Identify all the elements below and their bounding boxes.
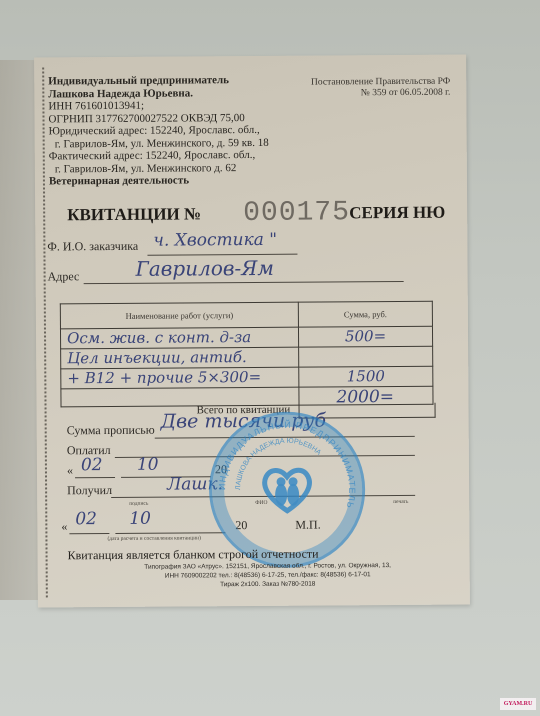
table-row: Осм. жив. с конт. д-за 500= <box>60 326 432 349</box>
issuer-block: Индивидуальный предприниматель Лашкова Н… <box>48 74 269 188</box>
signature-caption: подпись <box>129 501 148 507</box>
address-label: Адрес <box>48 269 80 284</box>
paid-day-line <box>75 477 115 478</box>
received-label: Получил <box>67 483 112 498</box>
actual-address-line-2: г. Гаврилов-Ям, ул. Менжинского д. 62 <box>49 161 269 175</box>
decree-line-2: № 359 от 06.05.2008 г. <box>311 88 450 100</box>
date2-quote: « <box>61 519 67 534</box>
round-stamp: ИНДИВИДУАЛЬНЫЙ ПРЕДПРИНИМАТЕЛЬ ЛАШКОВА Н… <box>209 411 366 568</box>
paid-month: 10 <box>137 455 159 475</box>
perforation-line <box>42 67 48 597</box>
receipt-title-row: КВИТАНЦИИ № 000175 СЕРИЯ НЮ <box>67 197 447 230</box>
paid-day: 02 <box>81 455 103 475</box>
seal-caption: печать <box>393 499 408 505</box>
service-name: + В12 + прочие 5×300= <box>67 368 261 387</box>
decree-block: Постановление Правительства РФ № 359 от … <box>311 77 450 100</box>
date-caption: (дата расчета и составления квитанции) <box>107 535 201 542</box>
cat-dog-heart-icon <box>260 465 314 515</box>
address-value: Гаврилов-Ям <box>135 256 274 281</box>
total-value: 2000= <box>336 387 394 407</box>
receipt-paper: Индивидуальный предприниматель Лашкова Н… <box>34 54 470 607</box>
service-amount: 500= <box>345 327 386 345</box>
table-header-row: Наименование работ (услуги) Сумма, руб. <box>60 301 432 329</box>
receipt-title: КВИТАНЦИИ № <box>67 204 201 225</box>
service-amount: 1500 <box>347 367 385 385</box>
date2-day: 02 <box>75 509 97 529</box>
printer-info: Типография ЗАО «Атрус». 152151, Ярославс… <box>98 561 438 590</box>
receipt-number: 000175 <box>243 197 350 229</box>
col-amount-header: Сумма, руб. <box>298 301 432 327</box>
table-row: + В12 + прочие 5×300= 1500 <box>61 366 433 389</box>
customer-value: ч. Хвостика " <box>153 230 277 251</box>
table-row: Цел инъекции, антиб. <box>61 346 433 369</box>
actual-address-line-1: Фактический адрес: 152240, Ярославс. обл… <box>49 149 269 163</box>
service-name: Цел инъекции, антиб. <box>67 348 247 367</box>
address-line <box>84 281 404 284</box>
amount-words-label: Сумма прописью <box>67 423 155 439</box>
service-name: Осм. жив. с конт. д-за <box>67 328 251 347</box>
date2-month-line <box>115 532 225 534</box>
site-watermark: GYAM.RU <box>500 698 536 710</box>
customer-label: Ф. И.О. заказчика <box>47 239 138 255</box>
col-service-header: Наименование работ (услуги) <box>60 302 298 329</box>
date2-month: 10 <box>129 509 151 529</box>
date2-day-line <box>69 533 109 534</box>
strict-form-notice: Квитанция является бланком строгой отчет… <box>68 547 319 564</box>
activity-type: Ветеринарная деятельность <box>49 174 269 188</box>
printer-line-3: Тираж 2х100. Заказ №780-2018 <box>98 579 438 590</box>
receipt-series: СЕРИЯ НЮ <box>349 203 445 224</box>
legal-address-line-1: Юридический адрес: 152240, Ярославс. обл… <box>49 124 269 138</box>
paid-date-quote: « <box>67 463 73 478</box>
